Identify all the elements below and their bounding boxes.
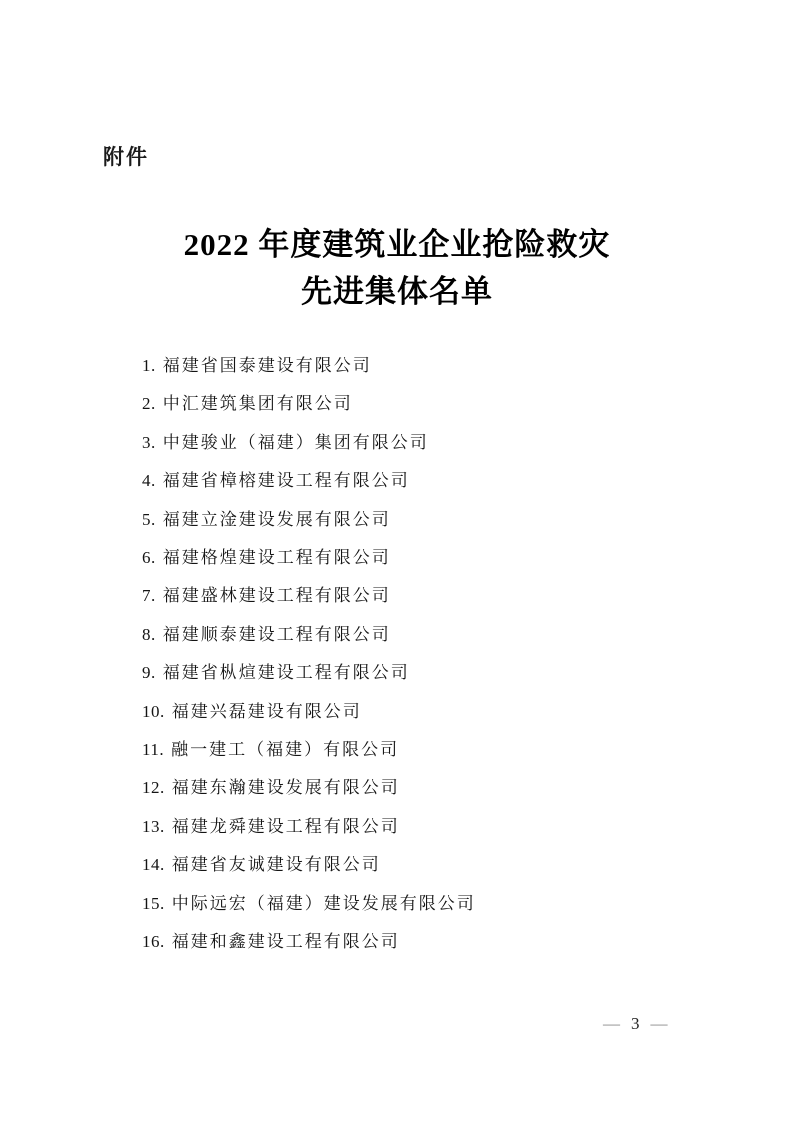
page-number-dash-right: —	[651, 1014, 668, 1034]
company-name: 福建格煌建设工程有限公司	[163, 548, 391, 567]
list-item: 3.中建骏业（福建）集团有限公司	[142, 424, 476, 462]
company-name: 福建省樟榕建设工程有限公司	[163, 471, 410, 490]
list-item: 15.中际远宏（福建）建设发展有限公司	[142, 885, 476, 923]
company-name: 福建顺泰建设工程有限公司	[163, 625, 391, 644]
item-number: 1.	[142, 347, 156, 385]
company-name: 福建兴磊建设有限公司	[172, 702, 362, 721]
company-name: 福建东瀚建设发展有限公司	[172, 778, 400, 797]
item-number: 15.	[142, 885, 165, 923]
item-number: 16.	[142, 923, 165, 961]
item-number: 12.	[142, 769, 165, 807]
list-item: 12.福建东瀚建设发展有限公司	[142, 769, 476, 807]
company-name: 福建盛林建设工程有限公司	[163, 586, 391, 605]
list-item: 4.福建省樟榕建设工程有限公司	[142, 462, 476, 500]
item-number: 6.	[142, 539, 156, 577]
list-item: 14.福建省友诚建设有限公司	[142, 846, 476, 884]
list-item: 7.福建盛林建设工程有限公司	[142, 577, 476, 615]
list-item: 5.福建立淦建设发展有限公司	[142, 501, 476, 539]
list-item: 16.福建和鑫建设工程有限公司	[142, 923, 476, 961]
company-name: 福建和鑫建设工程有限公司	[172, 932, 400, 951]
attachment-label: 附件	[103, 141, 149, 171]
page-number-value: 3	[631, 1014, 640, 1034]
item-number: 3.	[142, 424, 156, 462]
document-title: 2022 年度建筑业企业抢险救灾 先进集体名单	[0, 221, 794, 315]
company-name: 福建龙舜建设工程有限公司	[172, 817, 400, 836]
list-item: 9.福建省枞煊建设工程有限公司	[142, 654, 476, 692]
list-item: 10.福建兴磊建设有限公司	[142, 693, 476, 731]
list-item: 8.福建顺泰建设工程有限公司	[142, 616, 476, 654]
company-name: 融一建工（福建）有限公司	[171, 740, 399, 759]
item-number: 8.	[142, 616, 156, 654]
list-item: 6.福建格煌建设工程有限公司	[142, 539, 476, 577]
company-list: 1.福建省国泰建设有限公司 2.中汇建筑集团有限公司 3.中建骏业（福建）集团有…	[142, 347, 476, 962]
list-item: 2.中汇建筑集团有限公司	[142, 385, 476, 423]
company-name: 福建立淦建设发展有限公司	[163, 510, 391, 529]
list-item: 1.福建省国泰建设有限公司	[142, 347, 476, 385]
item-number: 14.	[142, 846, 165, 884]
item-number: 13.	[142, 808, 165, 846]
page-number: —3—	[603, 1014, 668, 1034]
document-page: 附件 2022 年度建筑业企业抢险救灾 先进集体名单 1.福建省国泰建设有限公司…	[0, 0, 794, 1123]
company-name: 中际远宏（福建）建设发展有限公司	[172, 894, 476, 913]
document-title-line2: 先进集体名单	[0, 268, 794, 315]
item-number: 5.	[142, 501, 156, 539]
company-name: 福建省国泰建设有限公司	[163, 356, 372, 375]
list-item: 11.融一建工（福建）有限公司	[142, 731, 476, 769]
item-number: 11.	[142, 731, 164, 769]
item-number: 7.	[142, 577, 156, 615]
company-name: 中汇建筑集团有限公司	[163, 394, 353, 413]
item-number: 2.	[142, 385, 156, 423]
page-number-dash-left: —	[603, 1014, 620, 1034]
list-item: 13.福建龙舜建设工程有限公司	[142, 808, 476, 846]
company-name: 福建省枞煊建设工程有限公司	[163, 663, 410, 682]
item-number: 4.	[142, 462, 156, 500]
item-number: 10.	[142, 693, 165, 731]
company-name: 中建骏业（福建）集团有限公司	[163, 433, 429, 452]
document-title-line1: 2022 年度建筑业企业抢险救灾	[0, 221, 794, 268]
company-name: 福建省友诚建设有限公司	[172, 855, 381, 874]
item-number: 9.	[142, 654, 156, 692]
